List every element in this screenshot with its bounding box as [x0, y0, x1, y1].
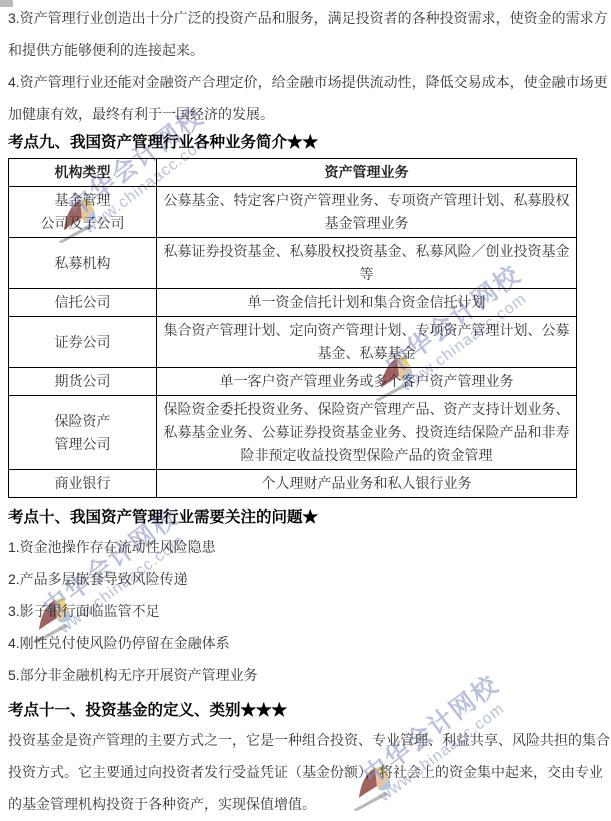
- section11-paragraph: 投资基金是资产管理的主要方式之一，它是一种组合投资、专业管理、利益共享、风险共担…: [8, 724, 611, 820]
- business-cell: 私募证券投资基金、私募股权投资基金、私募风险／创业投资基金等: [157, 238, 577, 289]
- table-row: 基金管理 公司及子公司 公募基金、特定客户资产管理业务、专项资产管理计划、私募股…: [9, 187, 577, 238]
- issue-item-2: 2.产品多层嵌套导致风险传递: [8, 563, 611, 595]
- institution-cell: 证券公司: [9, 317, 157, 368]
- document-page: 中华会计网校 www.chinaacc.com 中华会计网校 www.china…: [0, 0, 611, 821]
- table-row: 期货公司 单一客户资产管理业务或多个客户资产管理业务: [9, 368, 577, 396]
- business-cell: 保险资金委托投资业务、保险资产管理产品、资产支持计划业务、私募基金业务、公募证券…: [157, 396, 577, 470]
- business-cell: 公募基金、特定客户资产管理业务、专项资产管理计划、私募股权基金管理业务: [157, 187, 577, 238]
- section9-heading: 考点九、我国资产管理行业各种业务简介★★: [8, 132, 611, 154]
- intro-paragraph-4: 4.资产管理行业还能对金融资产合理定价，给金融市场提供流动性，降低交易成本，使金…: [8, 66, 611, 130]
- business-cell: 集合资产管理计划、定向资产管理计划、专项资产管理计划、公募基金、私募基金: [157, 317, 577, 368]
- issue-item-4: 4.刚性兑付使风险仍停留在金融体系: [8, 627, 611, 659]
- business-cell: 单一资金信托计划和集合资金信托计划: [157, 289, 577, 317]
- institution-cell: 商业银行: [9, 470, 157, 498]
- section11-heading: 考点十一、投资基金的定义、类别★★★: [8, 700, 611, 722]
- table-row: 商业银行 个人理财产品业务和私人银行业务: [9, 470, 577, 498]
- institution-cell: 信托公司: [9, 289, 157, 317]
- table-row: 保险资产 管理公司 保险资金委托投资业务、保险资产管理产品、资产支持计划业务、私…: [9, 396, 577, 470]
- issue-item-5: 5.部分非金融机构无序开展资产管理业务: [8, 659, 611, 691]
- section10-heading: 考点十、我国资产管理行业需要关注的问题★: [8, 507, 611, 529]
- issue-item-3: 3.影子银行面临监管不足: [8, 595, 611, 627]
- intro-paragraph-3: 3.资产管理行业创造出十分广泛的投资产品和服务，满足投资者的各种投资需求，使资金…: [8, 2, 611, 66]
- business-cell: 个人理财产品业务和私人银行业务: [157, 470, 577, 498]
- table-row: 证券公司 集合资产管理计划、定向资产管理计划、专项资产管理计划、公募基金、私募基…: [9, 317, 577, 368]
- col-header-institution-type: 机构类型: [9, 159, 157, 187]
- document-content: 3.资产管理行业创造出十分广泛的投资产品和服务，满足投资者的各种投资需求，使资金…: [8, 2, 611, 820]
- table-row: 信托公司 单一资金信托计划和集合资金信托计划: [9, 289, 577, 317]
- business-cell: 单一客户资产管理业务或多个客户资产管理业务: [157, 368, 577, 396]
- issue-item-1: 1.资金池操作存在流动性风险隐患: [8, 531, 611, 563]
- col-header-business: 资产管理业务: [157, 159, 577, 187]
- asset-management-table: 机构类型 资产管理业务 基金管理 公司及子公司 公募基金、特定客户资产管理业务、…: [8, 158, 577, 498]
- institution-cell: 私募机构: [9, 238, 157, 289]
- institution-cell: 基金管理 公司及子公司: [9, 187, 157, 238]
- institution-cell: 期货公司: [9, 368, 157, 396]
- table-header-row: 机构类型 资产管理业务: [9, 159, 577, 187]
- table-row: 私募机构 私募证券投资基金、私募股权投资基金、私募风险／创业投资基金等: [9, 238, 577, 289]
- institution-cell: 保险资产 管理公司: [9, 396, 157, 470]
